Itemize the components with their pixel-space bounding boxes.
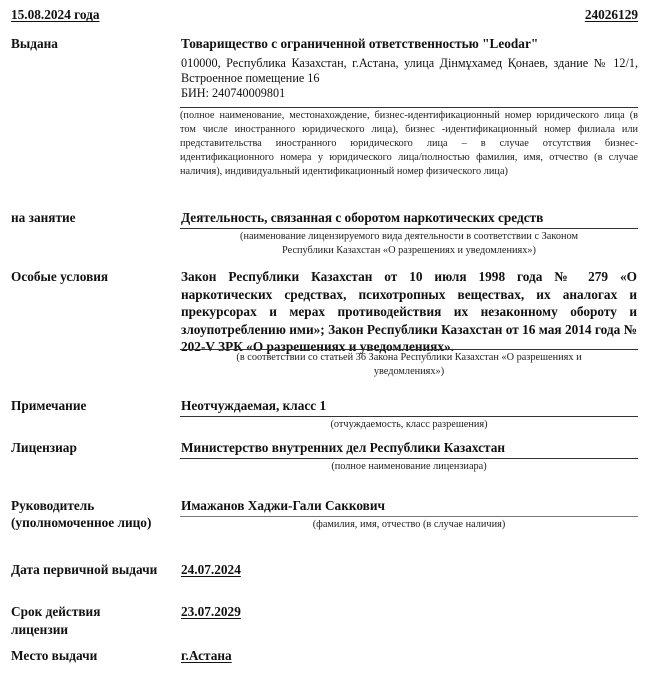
licensee-name: Товарищество с ограниченной ответственно…	[181, 35, 638, 52]
licensor-value: Министерство внутренних дел Республики К…	[181, 439, 638, 456]
note-caption: (отчуждаемость, класс разрешения)	[180, 418, 638, 432]
special-conditions-caption-line2: уведомлениях»)	[180, 365, 638, 379]
issued-to-caption: (полное наименование, местонахождение, б…	[180, 109, 638, 179]
validity-label-line1: Срок действия	[11, 603, 100, 620]
head-label-line2: (уполномоченное лицо)	[11, 514, 151, 531]
first-issue-label: Дата первичной выдачи	[11, 561, 157, 578]
place-value: г.Астана	[181, 647, 232, 664]
licensor-caption: (полное наименование лицензиара)	[180, 460, 638, 474]
head-caption: (фамилия, имя, отчество (в случае наличи…	[180, 518, 638, 532]
activity-caption-line2: Республики Казахстан «О разрешениях и ув…	[180, 244, 638, 258]
note-divider	[180, 416, 638, 417]
issue-date: 15.08.2024 года	[11, 6, 100, 23]
validity-value: 23.07.2029	[181, 603, 241, 620]
licensor-label: Лицензиар	[11, 439, 77, 456]
validity-label-line2: лицензии	[11, 621, 68, 638]
activity-label: на занятие	[11, 209, 76, 226]
activity-caption-line1: (наименование лицензируемого вида деятел…	[180, 230, 638, 244]
issued-to-divider	[180, 107, 638, 108]
special-conditions-caption-line1: (в соответствии со статьей 36 Закона Рес…	[180, 351, 638, 365]
head-divider	[180, 516, 638, 517]
license-number: 24026129	[585, 6, 638, 23]
activity-divider	[180, 228, 638, 229]
licensee-address: 010000, Республика Казахстан, г.Астана, …	[181, 56, 638, 86]
note-value: Неотчуждаемая, класс 1	[181, 397, 638, 414]
note-label: Примечание	[11, 397, 86, 414]
head-value: Имажанов Хаджи-Гали Саккович	[181, 497, 638, 514]
head-label-line1: Руководитель	[11, 497, 94, 514]
first-issue-value: 24.07.2024	[181, 561, 241, 578]
licensor-divider	[180, 458, 638, 459]
special-conditions-value: Закон Республики Казахстан от 10 июля 19…	[181, 268, 637, 356]
place-label: Место выдачи	[11, 647, 97, 664]
activity-value: Деятельность, связанная с оборотом нарко…	[181, 209, 638, 226]
special-conditions-divider	[180, 349, 638, 350]
special-conditions-label: Особые условия	[11, 268, 108, 285]
issued-to-label: Выдана	[11, 35, 58, 52]
licensee-bin: БИН: 240740009801	[181, 86, 638, 101]
